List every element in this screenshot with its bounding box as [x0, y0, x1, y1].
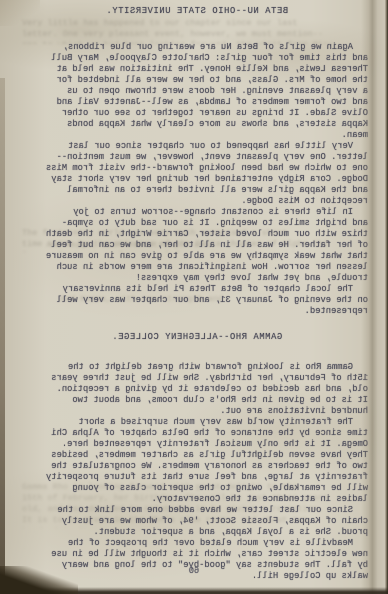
paragraph: Again we girls of Beta Nu are wearing ou…: [26, 42, 368, 141]
paragraph: In life there is constant change--sorrow…: [26, 207, 368, 284]
paragraph: Since our last letter we have added one …: [26, 505, 368, 538]
scanned-page: Very little has happened to our chapter …: [0, 0, 388, 594]
mirrored-page-content: BETA NU--OHIO STATE UNIVERSITY. Again we…: [0, 0, 388, 594]
section-title-beta-nu: BETA NU--OHIO STATE UNIVERSITY.: [26, 6, 368, 17]
page-number: 60: [0, 566, 388, 577]
paragraph: Very little has happened to our chapter …: [26, 141, 368, 207]
paragraph: The fraternity world was very much surpr…: [26, 417, 368, 505]
section-title-gamma-rho: GAMMA RHO--ALLEGHENY COLLEGE.: [26, 332, 368, 343]
paragraph: Gamma Rho is looking forward with great …: [26, 362, 368, 417]
paragraph: The local chapter of Beta Theta Pi held …: [26, 284, 368, 317]
